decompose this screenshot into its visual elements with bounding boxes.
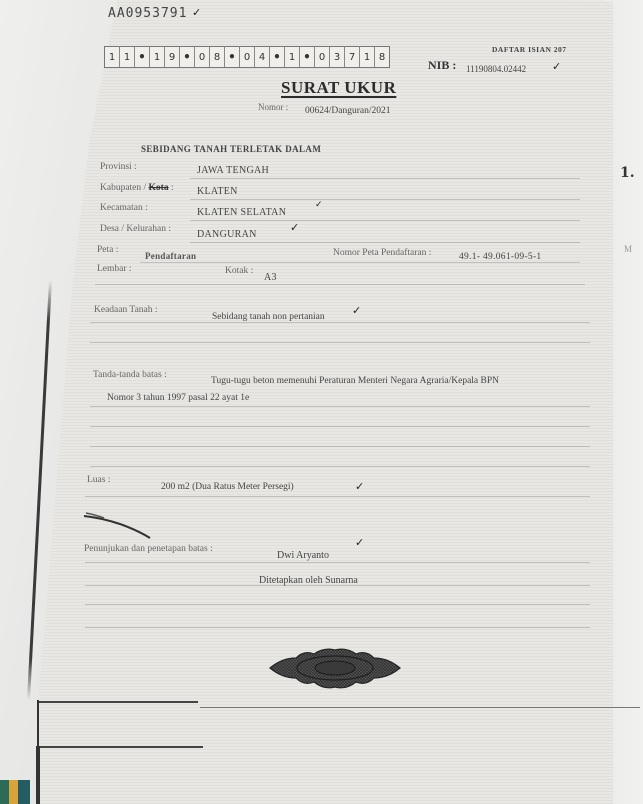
tanda-label: Tanda-tanda batas : [93, 370, 167, 380]
handwritten-mark: 1. [620, 165, 635, 181]
check-mark-icon: ✓ [355, 536, 364, 549]
lembar-label: Lembar : [97, 264, 132, 274]
field-rule [95, 284, 585, 285]
kecamatan-value: KLATEN SELATAN [197, 207, 286, 218]
frame-line [200, 707, 640, 708]
check-mark-icon: ✓ [192, 6, 201, 19]
serial-number: AA0953791 [108, 6, 187, 21]
check-mark-icon: ✓ [552, 60, 561, 73]
nomor-value: 00624/Danguran/2021 [305, 106, 391, 116]
number-box: • [225, 47, 240, 67]
penunjukan-label: Penunjukan dan penetapan batas : [84, 544, 213, 554]
field-rule [85, 585, 590, 586]
frame-line [37, 700, 39, 748]
provinsi-label: Provinsi : [100, 162, 137, 172]
handwritten-mark: M [624, 244, 632, 254]
number-box: • [300, 47, 315, 67]
number-box: 0 [240, 47, 255, 67]
peta-value: Pendaftaran [145, 251, 196, 261]
official-emblem [268, 646, 402, 691]
field-rule [190, 220, 580, 221]
page-title: SURAT UKUR [281, 78, 396, 98]
frame-line [36, 746, 40, 804]
number-boxes: 11•19•08•04•1•03718 [104, 46, 390, 68]
field-rule [190, 178, 580, 179]
colon: : [171, 183, 174, 193]
number-box: • [180, 47, 195, 67]
number-box: 3 [330, 47, 345, 67]
luas-value: 200 m2 (Dua Ratus Meter Persegi) [161, 482, 294, 492]
field-rule [85, 496, 590, 497]
kotak-value: A3 [264, 272, 277, 283]
check-mark-icon: ✓ [355, 480, 364, 493]
kabupaten-label-text: Kabupaten / [100, 183, 146, 193]
frame-line [38, 746, 203, 748]
nib-value: 11190804.02442 [466, 64, 526, 74]
kota-struck: Kota [149, 183, 169, 193]
number-box: 9 [165, 47, 180, 67]
field-rule [85, 562, 590, 563]
nomor-peta-value: 49.1- 49.061-09-5-1 [459, 252, 541, 262]
field-rule [90, 406, 590, 407]
check-mark-icon: ✓ [290, 221, 299, 234]
number-box: • [135, 47, 150, 67]
section-heading: SEBIDANG TANAH TERLETAK DALAM [141, 144, 321, 154]
luas-label: Luas : [87, 475, 110, 485]
kabupaten-value: KLATEN [197, 186, 238, 197]
number-box: 8 [210, 47, 225, 67]
pen-stroke-mark [82, 510, 152, 540]
peta-label: Peta : [97, 245, 118, 255]
penunjukan-value: Dwi Aryanto [277, 550, 329, 561]
field-rule [90, 466, 590, 467]
nomor-peta-label: Nomor Peta Pendaftaran : [333, 248, 431, 258]
desa-value: DANGURAN [197, 229, 257, 240]
number-box: 1 [120, 47, 135, 67]
number-box: 1 [105, 47, 120, 67]
nib-label: NIB : [428, 58, 456, 73]
keadaan-value: Sebidang tanah non pertanian [212, 312, 325, 322]
keadaan-label: Keadaan Tanah : [94, 305, 158, 315]
field-rule [90, 342, 590, 343]
frame-line [38, 701, 198, 703]
field-rule [90, 426, 590, 427]
number-box: 0 [195, 47, 210, 67]
number-box: 1 [285, 47, 300, 67]
number-box: 8 [375, 47, 389, 67]
kecamatan-label: Kecamatan : [100, 203, 148, 213]
field-rule [190, 242, 580, 243]
tanda-value-line2: Nomor 3 tahun 1997 pasal 22 ayat 1e [107, 393, 249, 403]
desa-label: Desa / Kelurahan : [100, 224, 171, 234]
nomor-label: Nomor : [258, 102, 288, 112]
kotak-label: Kotak : [225, 266, 253, 276]
field-rule [90, 322, 590, 323]
field-rule [190, 199, 580, 200]
background-object [0, 780, 30, 804]
check-mark-icon: ✓ [352, 304, 361, 317]
field-rule [85, 627, 590, 628]
provinsi-value: JAWA TENGAH [197, 165, 269, 176]
kabupaten-label: Kabupaten / Kota : [100, 183, 174, 193]
check-mark-icon: ✓ [315, 200, 323, 210]
field-rule [85, 604, 590, 605]
field-rule [140, 262, 580, 263]
number-box: 7 [345, 47, 360, 67]
number-box: 4 [255, 47, 270, 67]
form-code: DAFTAR ISIAN 207 [492, 45, 567, 54]
field-rule [90, 446, 590, 447]
number-box: 0 [315, 47, 330, 67]
tanda-value-line1: Tugu-tugu beton memenuhi Peraturan Mente… [211, 376, 499, 386]
number-box: 1 [360, 47, 375, 67]
number-box: • [270, 47, 285, 67]
number-box: 1 [150, 47, 165, 67]
